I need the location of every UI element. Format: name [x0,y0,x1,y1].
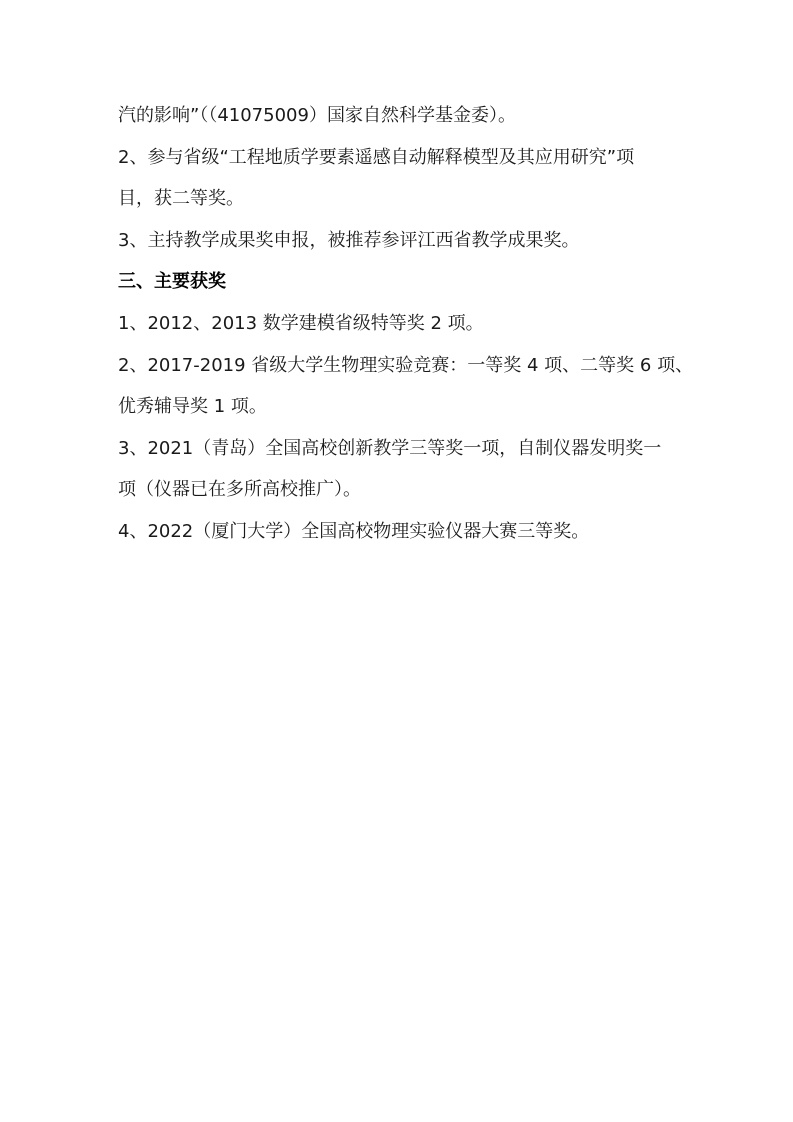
paragraph-line: 4、2022（厦门大学）全国高校物理实验仪器大赛三等奖。 [118,511,676,553]
section-heading: 三、主要获奖 [118,261,676,303]
document-page: 汽的影响”（（41075009）国家自然科学基金委）。 2、参与省级“工程地质学… [0,0,793,1122]
paragraph-line: 2、2017-2019 省级大学生物理实验竞赛：一等奖 4 项、二等奖 6 项、 [118,345,676,387]
paragraph-line: 1、2012、2013 数学建模省级特等奖 2 项。 [118,303,676,345]
paragraph-line: 项（仪器已在多所高校推广）。 [118,469,676,511]
paragraph-line: 优秀辅导奖 1 项。 [118,386,676,428]
paragraph-line: 3、主持教学成果奖申报，被推荐参评江西省教学成果奖。 [118,220,676,262]
paragraph-line: 3、2021（青岛）全国高校创新教学三等奖一项，自制仪器发明奖一 [118,428,676,470]
paragraph-line: 2、参与省级“工程地质学要素遥感自动解释模型及其应用研究”项 [118,137,676,179]
document-body: 汽的影响”（（41075009）国家自然科学基金委）。 2、参与省级“工程地质学… [118,95,676,553]
paragraph-line: 目，获二等奖。 [118,178,676,220]
paragraph-line: 汽的影响”（（41075009）国家自然科学基金委）。 [118,95,676,137]
